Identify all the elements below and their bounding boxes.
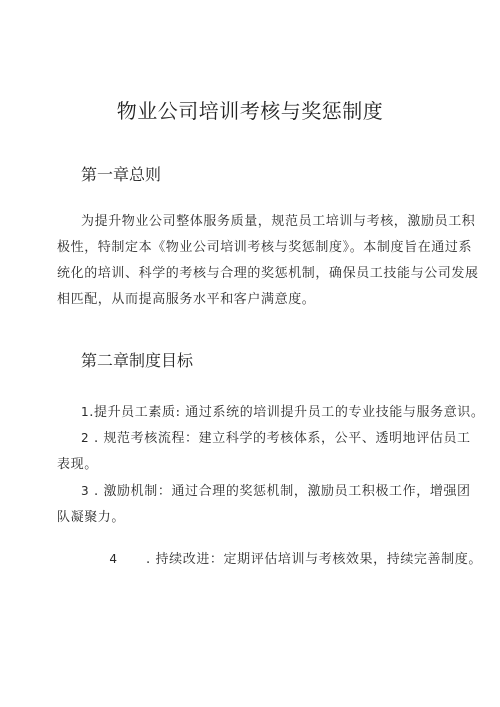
document-title: 物业公司培训考核与奖惩制度 [0, 95, 500, 124]
item-text: . 规范考核流程：建立科学的考核体系，公平、透明地评估员工 [89, 431, 470, 446]
list-item: 1.提升员工素质: 通过系统的培训提升员工的专业技能与服务意识。 [81, 401, 485, 420]
item-number: 3 [81, 484, 89, 498]
list-item: 3 . 激励机制：通过合理的奖惩机制，激励员工积极工作，增强团 [81, 480, 471, 499]
paragraph-line: 为提升物业公司整体服务质量，规范员工培训与考核，激励员工积 [81, 210, 475, 229]
chapter2-heading: 第二章制度目标 [81, 348, 193, 371]
chapter1-heading: 第一章总则 [81, 162, 161, 185]
paragraph-line: 极性，特制定本《物业公司培训考核与奖惩制度》。本制度旨在通过系 [57, 236, 472, 255]
document-page: 物业公司培训考核与奖惩制度 第一章总则 为提升物业公司整体服务质量，规范员工培训… [0, 0, 500, 707]
item-number: 1 [81, 405, 89, 419]
list-item-continuation: 队凝聚力。 [57, 506, 125, 525]
list-item-continuation: 表现。 [57, 453, 98, 472]
paragraph-line: 统化的培训、科学的考核与合理的奖惩机制，确保员工技能与公司发展 [57, 262, 479, 281]
item-number: 4 [109, 552, 117, 566]
item-number: 2 [81, 431, 89, 445]
item-text: . 持续改进：定期评估培训与考核效果，持续完善制度。 [118, 552, 482, 567]
paragraph-line: 相匹配，从而提高服务水平和客户满意度。 [57, 288, 315, 307]
item-text: .提升员工素质: 通过系统的培训提升员工的专业技能与服务意识。 [89, 405, 484, 420]
item-text: . 激励机制：通过合理的奖惩机制，激励员工积极工作，增强团 [89, 484, 470, 499]
list-item: 4 . 持续改进：定期评估培训与考核效果，持续完善制度。 [81, 533, 482, 582]
list-item: 2 . 规范考核流程：建立科学的考核体系，公平、透明地评估员工 [81, 427, 471, 446]
